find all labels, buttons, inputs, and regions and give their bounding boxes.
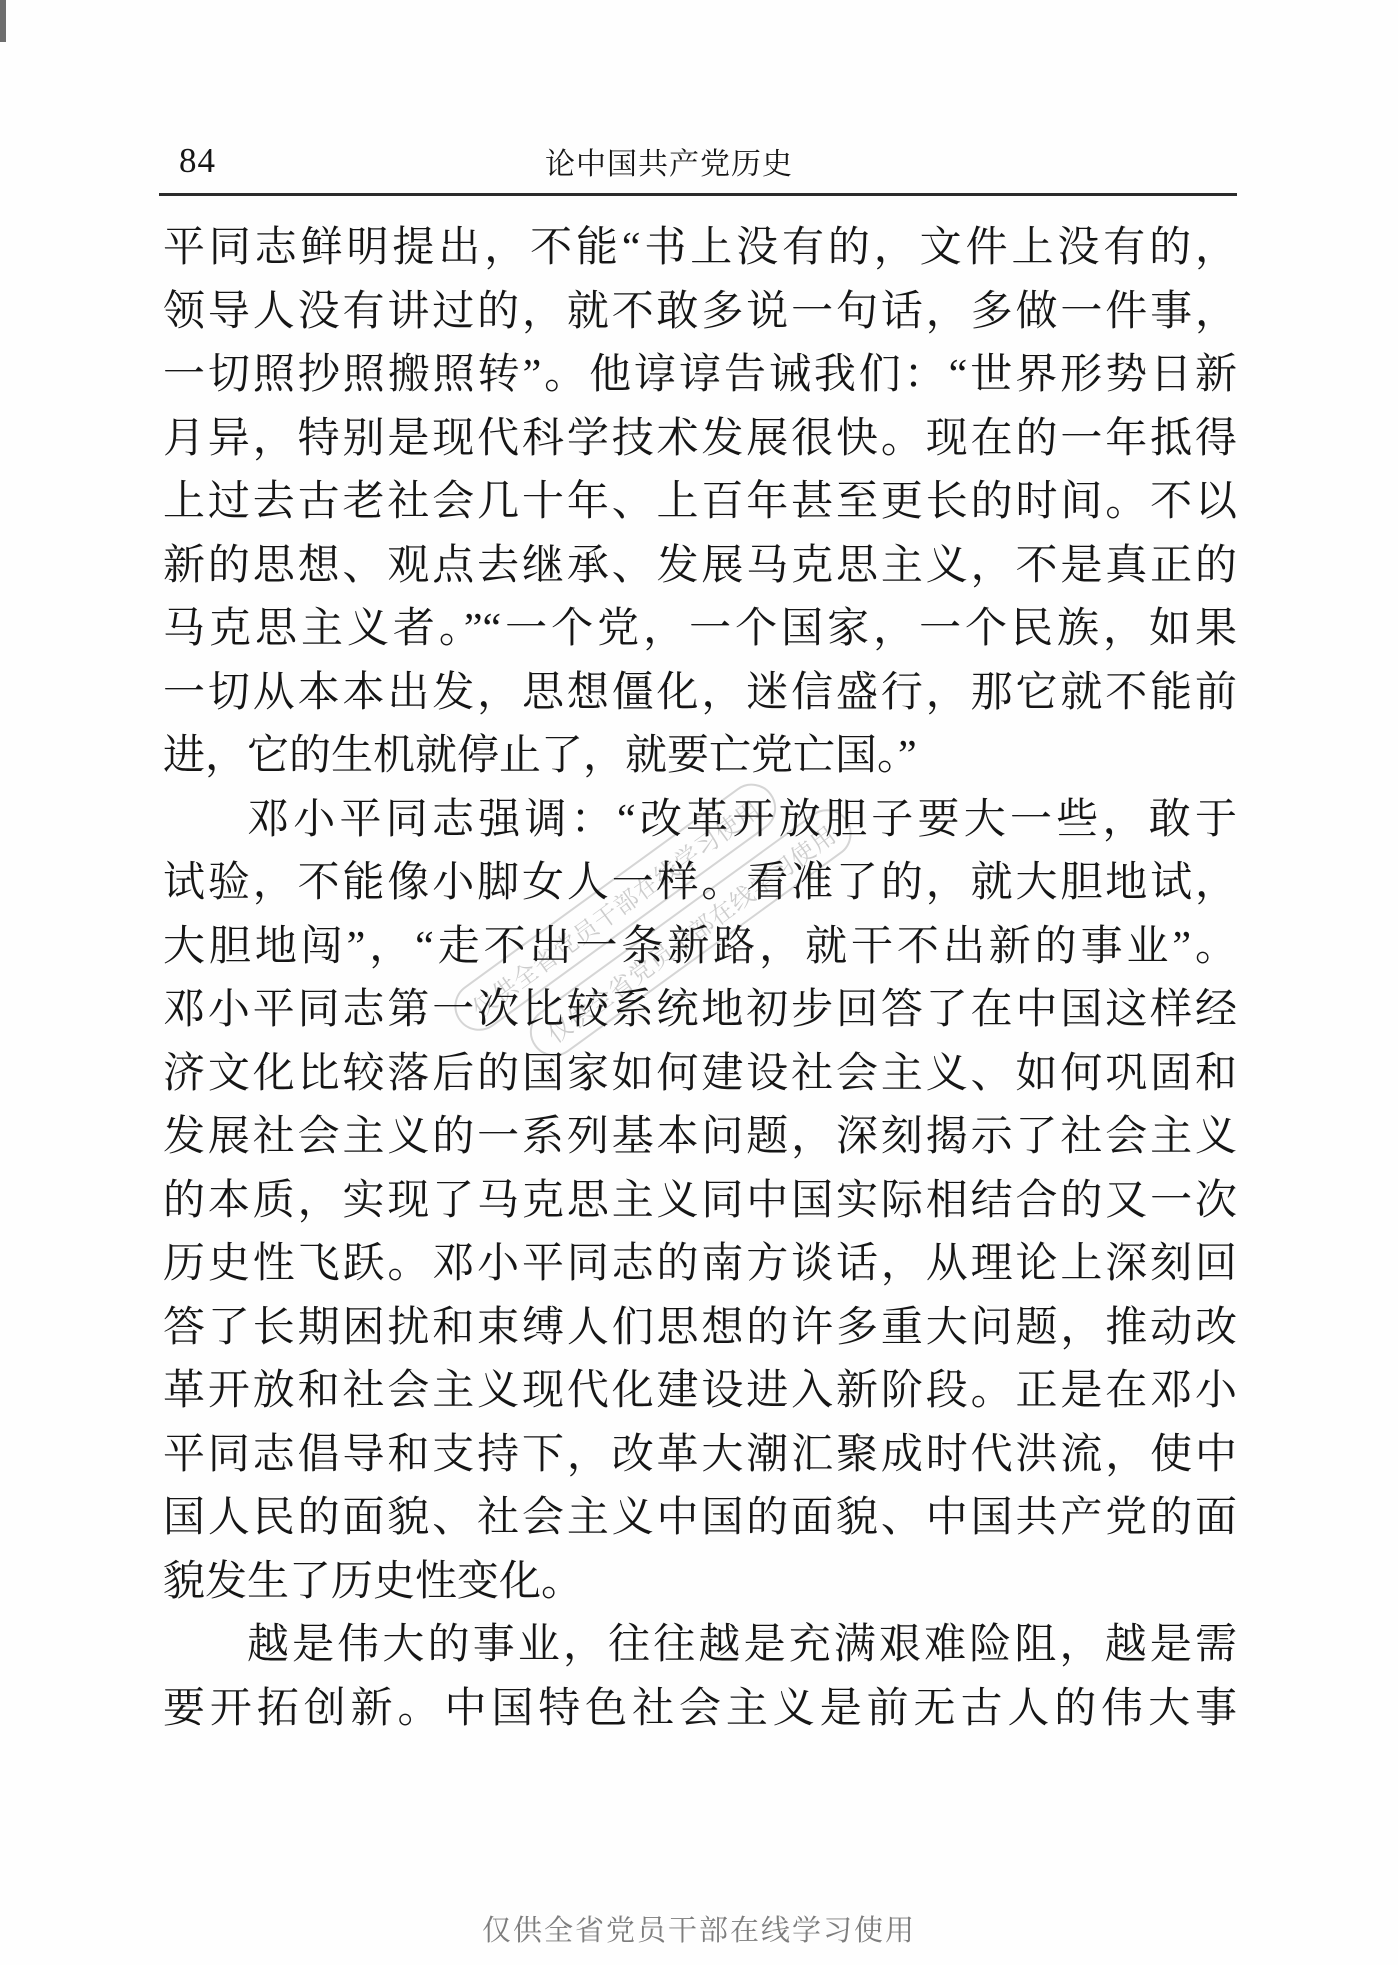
text-line: 济文化比较落后的国家如何建设社会主义、如何巩固和 bbox=[163, 1043, 1237, 1107]
text-line: 马克思主义者。”“一个党，一个国家，一个民族，如果 bbox=[163, 598, 1237, 662]
text-line: 历史性飞跃。邓小平同志的南方谈话，从理论上深刻回 bbox=[163, 1233, 1237, 1297]
body-text: 平同志鲜明提出，不能“书上没有的，文件上没有的， 领导人没有讲过的，就不敢多说一… bbox=[163, 217, 1237, 1741]
text-line: 月异，特别是现代科学技术发展很快。现在的一年抵得 bbox=[163, 408, 1237, 472]
text-line: 一切从本本出发，思想僵化，迷信盛行，那它就不能前 bbox=[163, 662, 1237, 726]
text-line: 上过去古老社会几十年、上百年甚至更长的时间。不以 bbox=[163, 471, 1237, 535]
text-line: 越是伟大的事业，往往越是充满艰难险阻，越是需 bbox=[163, 1614, 1237, 1678]
text-line: 貌发生了历史性变化。 bbox=[163, 1551, 1237, 1615]
page-number: 84 bbox=[179, 141, 216, 181]
header-rule bbox=[159, 193, 1237, 196]
text-line: 试验，不能像小脚女人一样。看准了的，就大胆地试， bbox=[163, 852, 1237, 916]
text-line: 要开拓创新。中国特色社会主义是前无古人的伟大事 bbox=[163, 1678, 1237, 1742]
text-line: 平同志倡导和支持下，改革大潮汇聚成时代洪流，使中 bbox=[163, 1424, 1237, 1488]
text-line: 国人民的面貌、社会主义中国的面貌、中国共产党的面 bbox=[163, 1487, 1237, 1551]
text-line: 平同志鲜明提出，不能“书上没有的，文件上没有的， bbox=[163, 217, 1237, 281]
text-line: 新的思想、观点去继承、发展马克思主义，不是真正的 bbox=[163, 535, 1237, 599]
book-page: 84 论中国共产党历史 仅供全省党员干部在线学习使用 仅供全省党员干部在线学习使… bbox=[0, 0, 1398, 1965]
text-line: 的本质，实现了马克思主义同中国实际相结合的又一次 bbox=[163, 1170, 1237, 1234]
scan-artifact bbox=[0, 0, 6, 42]
text-line: 进，它的生机就停止了，就要亡党亡国。” bbox=[163, 725, 1237, 789]
text-line: 邓小平同志强调：“改革开放胆子要大一些，敢于 bbox=[163, 789, 1237, 853]
text-line: 答了长期困扰和束缚人们思想的许多重大问题，推动改 bbox=[163, 1297, 1237, 1361]
running-title: 论中国共产党历史 bbox=[545, 147, 793, 183]
text-line: 发展社会主义的一系列基本问题，深刻揭示了社会主义 bbox=[163, 1106, 1237, 1170]
text-line: 邓小平同志第一次比较系统地初步回答了在中国这样经 bbox=[163, 979, 1237, 1043]
footer-watermark: 仅供全省党员干部在线学习使用 bbox=[0, 1908, 1398, 1949]
text-line: 一切照抄照搬照转”。他谆谆告诫我们：“世界形势日新 bbox=[163, 344, 1237, 408]
text-line: 领导人没有讲过的，就不敢多说一句话，多做一件事， bbox=[163, 281, 1237, 345]
text-line: 大胆地闯”，“走不出一条新路，就干不出新的事业”。 bbox=[163, 916, 1237, 980]
text-line: 革开放和社会主义现代化建设进入新阶段。正是在邓小 bbox=[163, 1360, 1237, 1424]
